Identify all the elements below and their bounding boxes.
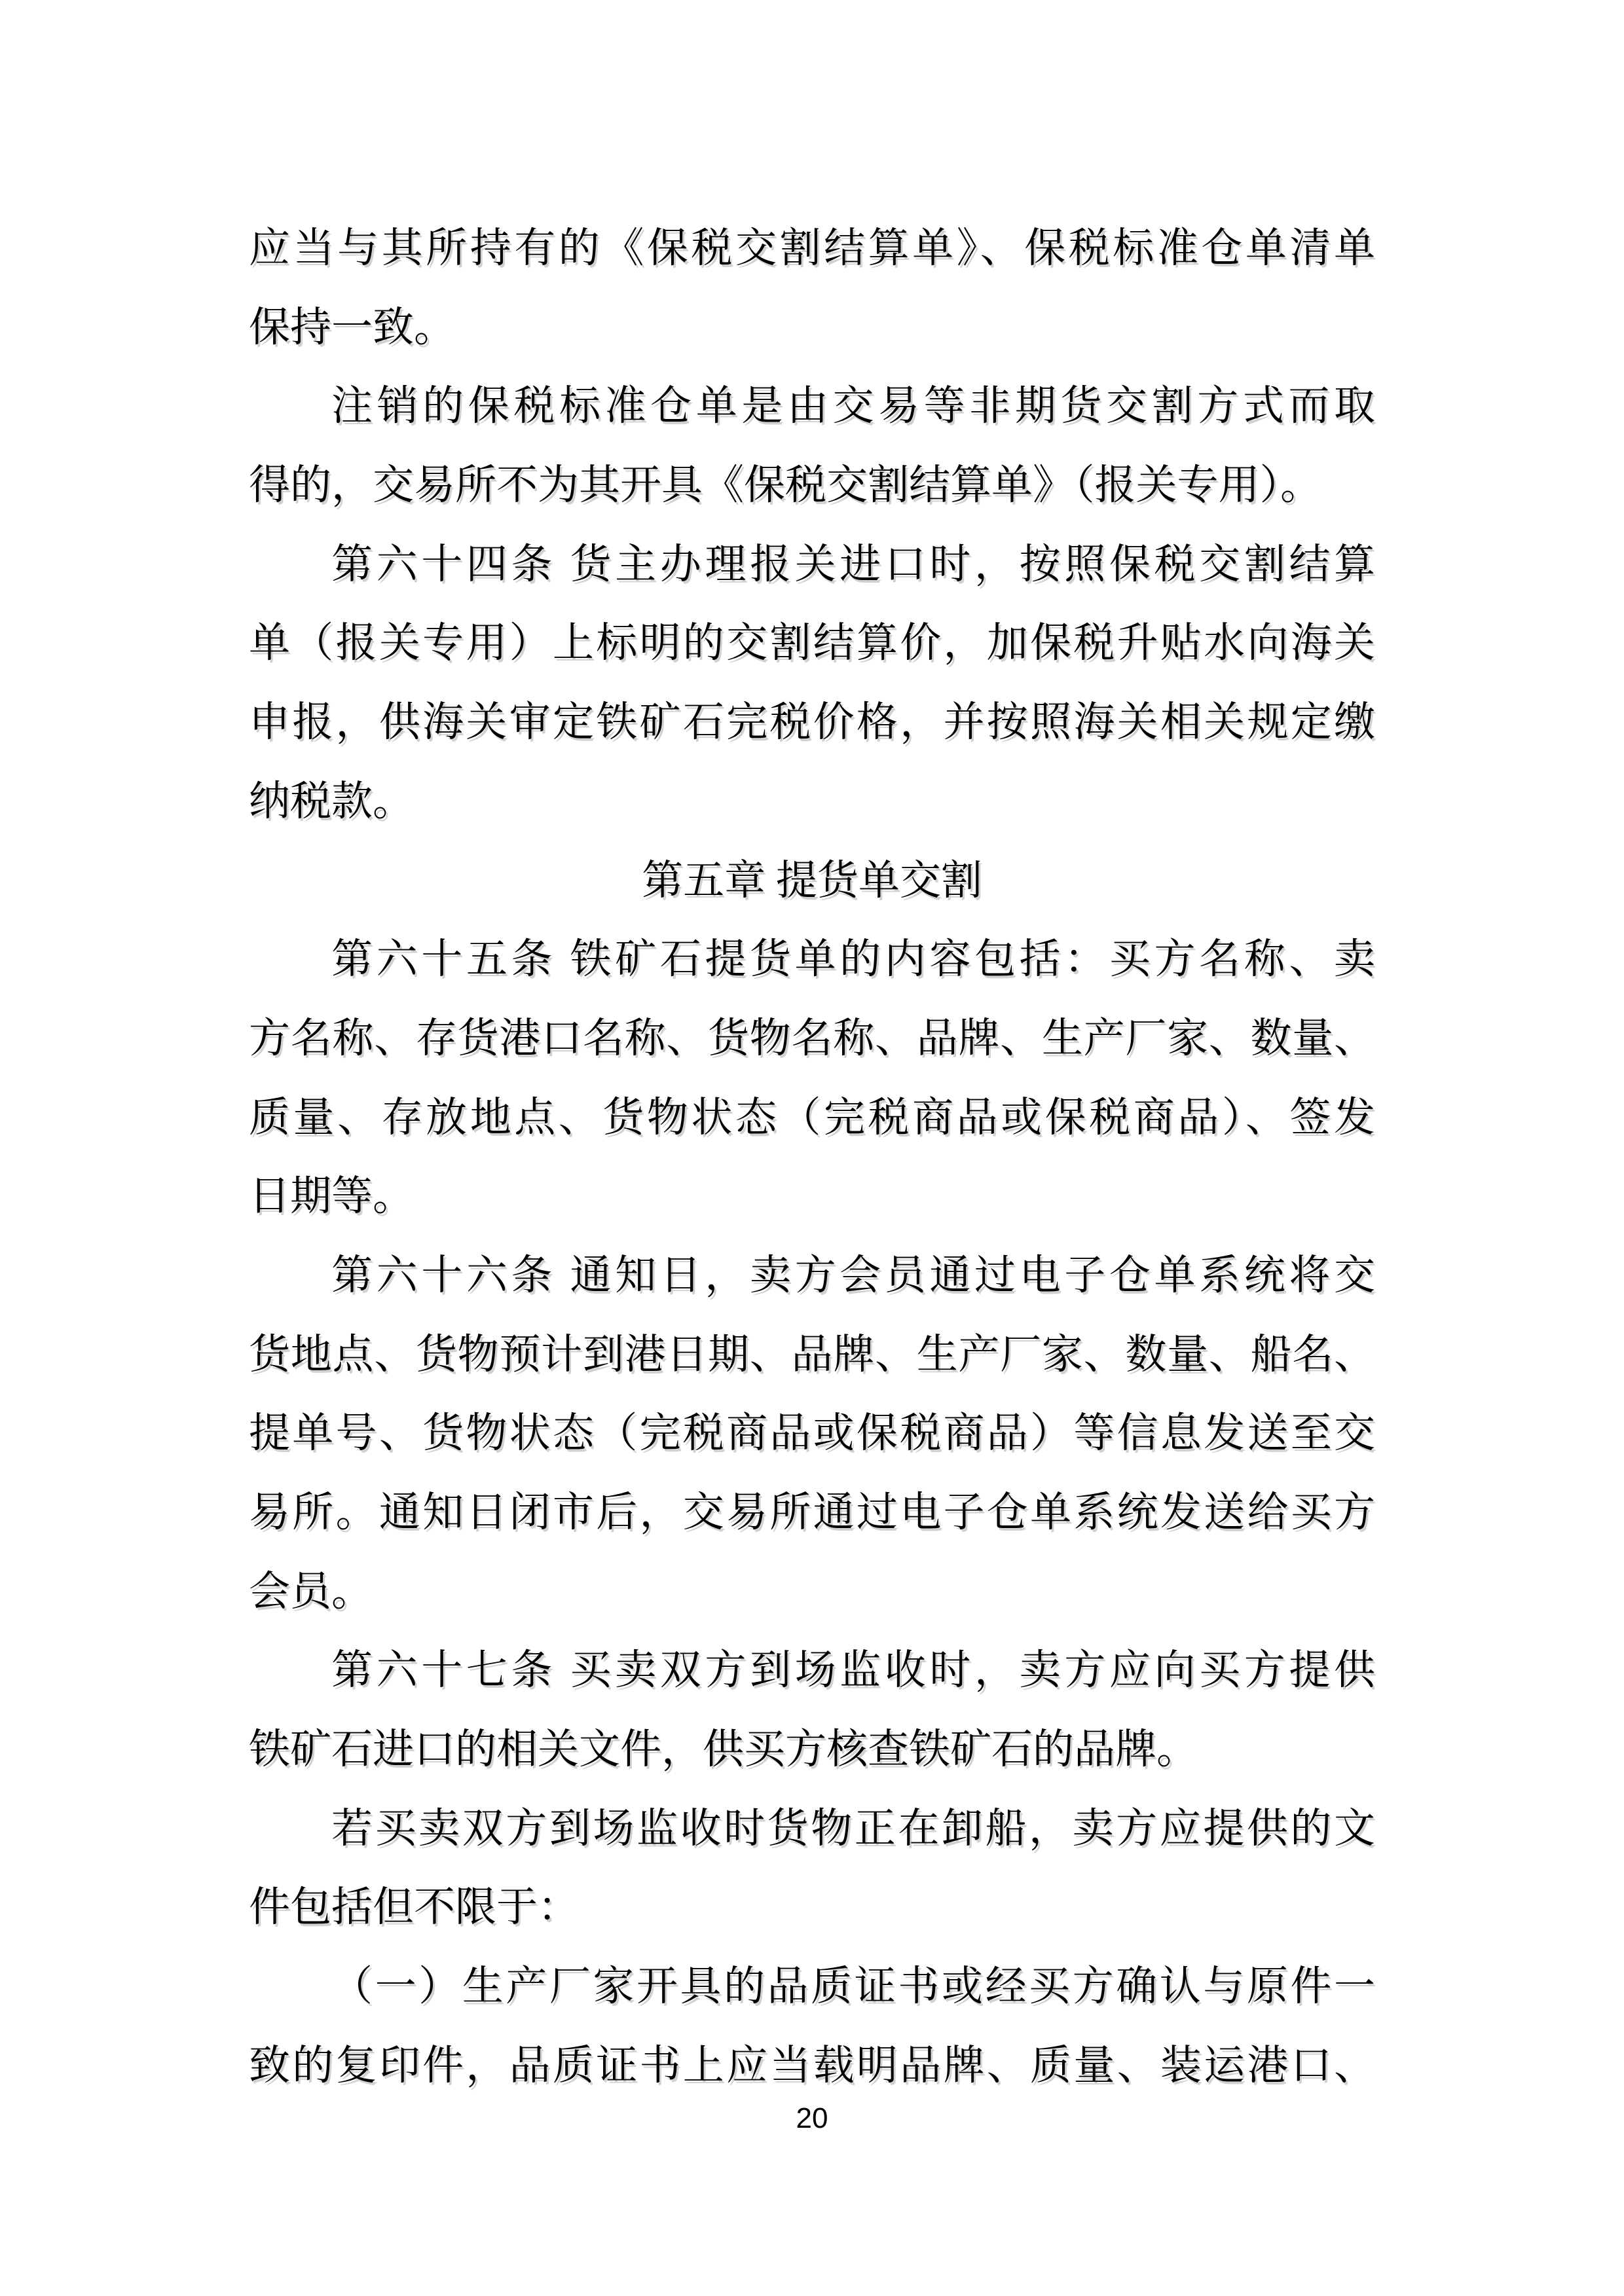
text-block: 应当与其所持有的《保税交割结算单》、保税标准仓单清单 保持一致。 注销的保税标准…	[249, 209, 1375, 2105]
document-page: 应当与其所持有的《保税交割结算单》、保税标准仓单清单 保持一致。 注销的保税标准…	[0, 0, 1624, 2296]
text-line: 易所。通知日闭市后，交易所通过电子仓单系统发送给买方	[249, 1473, 1375, 1552]
list-item-line: （一）生产厂家开具的品质证书或经买方确认与原件一	[249, 1947, 1375, 2026]
page-footer: 20	[0, 2098, 1624, 2140]
chapter-heading: 第五章 提货单交割	[249, 841, 1375, 920]
article-65-line: 第六十五条 铁矿石提货单的内容包括：买方名称、卖	[249, 920, 1375, 999]
text-line: 纳税款。	[249, 762, 1375, 841]
page-number: 20	[796, 2102, 828, 2134]
text-line: 质量、存放地点、货物状态（完税商品或保税商品）、签发	[249, 1078, 1375, 1157]
article-64-line: 第六十四条 货主办理报关进口时，按照保税交割结算	[249, 525, 1375, 604]
text-line: 应当与其所持有的《保税交割结算单》、保税标准仓单清单	[249, 209, 1375, 288]
text-line: 注销的保税标准仓单是由交易等非期货交割方式而取	[249, 367, 1375, 446]
text-line: 致的复印件，品质证书上应当载明品牌、质量、装运港口、	[249, 2026, 1375, 2105]
text-line: 日期等。	[249, 1157, 1375, 1236]
text-line: 方名称、存货港口名称、货物名称、品牌、生产厂家、数量、	[249, 999, 1375, 1078]
article-67-line: 第六十七条 买卖双方到场监收时，卖方应向买方提供	[249, 1631, 1375, 1710]
text-line: 件包括但不限于：	[249, 1868, 1375, 1947]
article-66-line: 第六十六条 通知日，卖方会员通过电子仓单系统将交	[249, 1236, 1375, 1315]
text-line: 若买卖双方到场监收时货物正在卸船，卖方应提供的文	[249, 1789, 1375, 1868]
text-line: 会员。	[249, 1552, 1375, 1631]
text-line: 提单号、货物状态（完税商品或保税商品）等信息发送至交	[249, 1394, 1375, 1473]
text-line: 得的，交易所不为其开具《保税交割结算单》（报关专用）。	[249, 446, 1375, 525]
text-line: 申报，供海关审定铁矿石完税价格，并按照海关相关规定缴	[249, 683, 1375, 762]
text-line: 货地点、货物预计到港日期、品牌、生产厂家、数量、船名、	[249, 1315, 1375, 1394]
text-line: 单（报关专用）上标明的交割结算价，加保税升贴水向海关	[249, 604, 1375, 683]
text-line: 保持一致。	[249, 288, 1375, 367]
text-line: 铁矿石进口的相关文件，供买方核查铁矿石的品牌。	[249, 1710, 1375, 1789]
